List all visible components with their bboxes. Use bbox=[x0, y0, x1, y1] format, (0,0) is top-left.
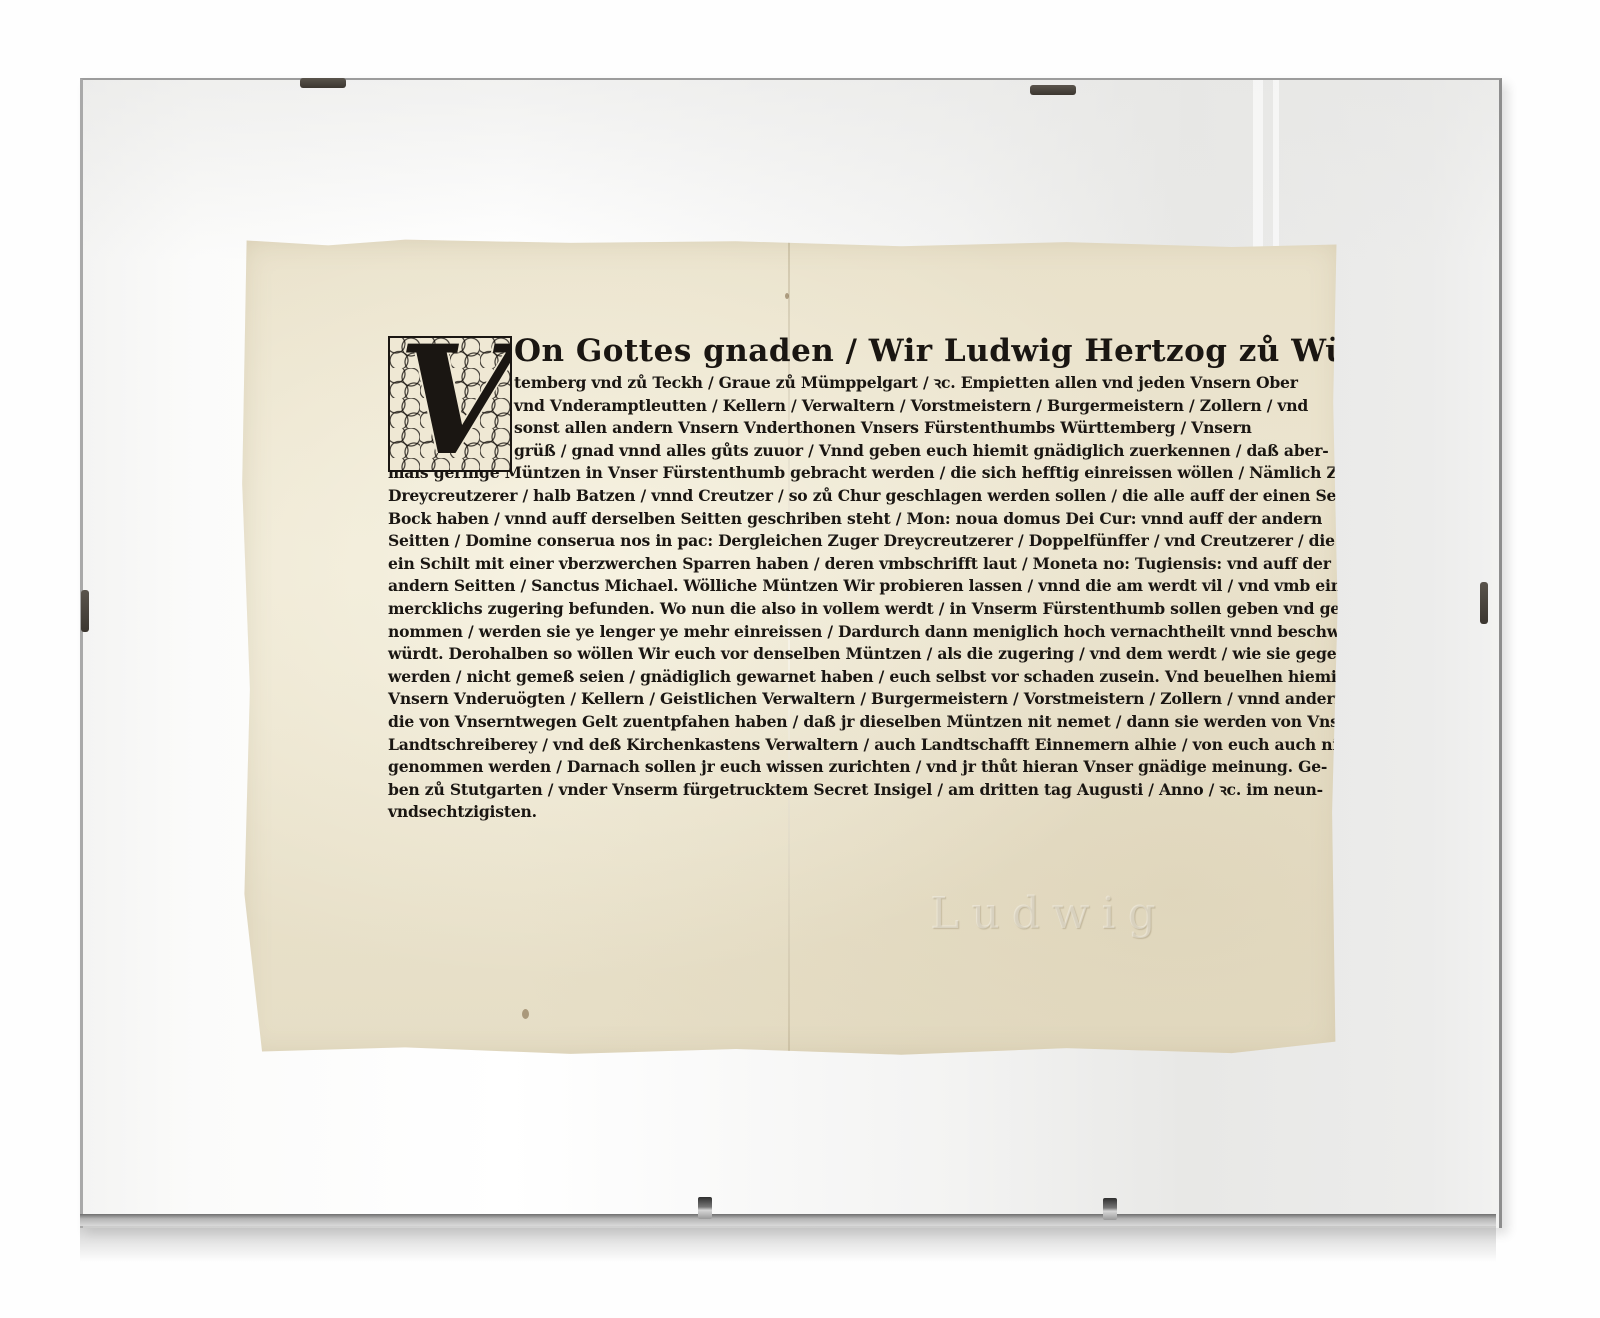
frame-clip-left bbox=[81, 590, 89, 632]
decorated-initial-capital: V bbox=[388, 336, 512, 472]
text-line: nommen / werden sie ye lenger ye mehr ei… bbox=[388, 621, 1268, 644]
text-line: temberg vnd zů Teckh / Graue zů Mümppelg… bbox=[514, 372, 1268, 395]
glass-bottom-edge bbox=[80, 1214, 1496, 1226]
frame-clip-bottom-right bbox=[1103, 1198, 1117, 1220]
paper-spot bbox=[785, 293, 789, 299]
document-headline: On Gottes gnaden / Wir Ludwig Hertzog zů… bbox=[514, 330, 1268, 372]
text-line: mals geringe Müntzen in Vnser Fürstenthu… bbox=[388, 462, 1268, 485]
text-line: die von Vnserntwegen Gelt zuentpfahen ha… bbox=[388, 711, 1268, 734]
text-line: ben zů Stutgarten / vnder Vnserm fürgetr… bbox=[388, 779, 1268, 802]
text-line: genommen werden / Darnach sollen jr euch… bbox=[388, 756, 1268, 779]
photo-scene: Ludwig V On Gottes gnaden / Wir Ludwig H… bbox=[0, 0, 1600, 1318]
frame-clip-top-right bbox=[1030, 85, 1076, 95]
text-line: Vnsern Vnderuögten / Kellern / Geistlich… bbox=[388, 688, 1268, 711]
frame-clip-right bbox=[1480, 582, 1488, 624]
frame-clip-top-left bbox=[300, 78, 346, 88]
text-line: ein Schilt mit einer vberzwerchen Sparre… bbox=[388, 553, 1268, 576]
text-line: grüß / gnad vnnd alles gůts zuuor / Vnnd… bbox=[514, 440, 1268, 463]
text-line: Landtschreiberey / vnd deß Kirchenkasten… bbox=[388, 734, 1268, 757]
paper-spot bbox=[522, 1009, 529, 1019]
text-line: Dreycreutzerer / halb Batzen / vnnd Creu… bbox=[388, 485, 1268, 508]
embossed-seal-impression: Ludwig bbox=[930, 888, 1190, 948]
initial-letter: V bbox=[398, 336, 512, 472]
text-line: mercklichs zugering befunden. Wo nun die… bbox=[388, 598, 1268, 621]
text-line: würdt. Derohalben so wöllen Wir euch vor… bbox=[388, 643, 1268, 666]
text-line: werden / nicht gemeß seien / gnädiglich … bbox=[388, 666, 1268, 689]
glass-floor-reflection bbox=[80, 1226, 1496, 1262]
text-line: vnd Vnderamptleutten / Kellern / Verwalt… bbox=[514, 395, 1268, 418]
text-line: Bock haben / vnnd auff derselben Seitten… bbox=[388, 508, 1268, 531]
text-line: vndsechtzigisten. bbox=[388, 801, 1268, 824]
frame-clip-bottom-left bbox=[698, 1197, 712, 1219]
glass-sheen bbox=[83, 80, 1499, 260]
text-line: sonst allen andern Vnsern Vnderthonen Vn… bbox=[514, 417, 1268, 440]
text-line: andern Seitten / Sanctus Michael. Wöllic… bbox=[388, 575, 1268, 598]
text-line: Seitten / Domine conserua nos in pac: De… bbox=[388, 530, 1268, 553]
historical-document-paper: Ludwig V On Gottes gnaden / Wir Ludwig H… bbox=[240, 238, 1342, 1058]
mandate-text-block: V On Gottes gnaden / Wir Ludwig Hertzog … bbox=[388, 330, 1268, 824]
